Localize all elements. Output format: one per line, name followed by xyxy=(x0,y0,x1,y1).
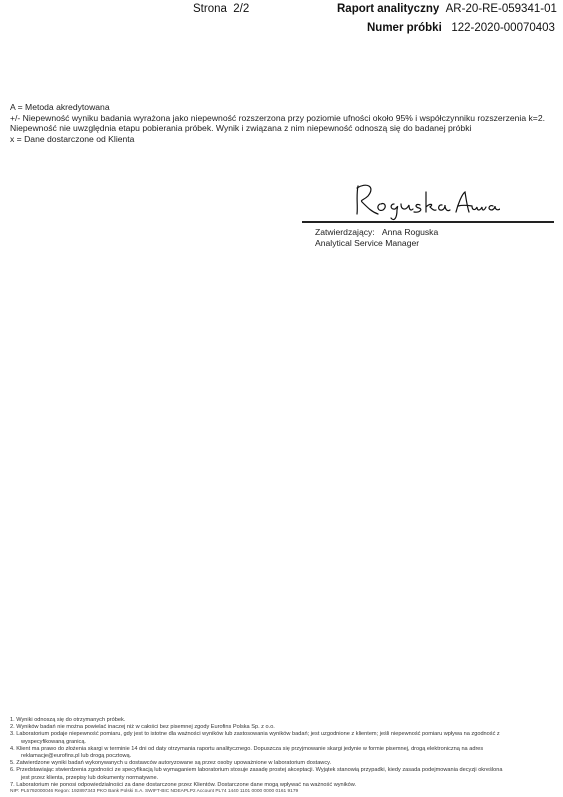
report-value: AR-20-RE-059341-01 xyxy=(446,3,557,15)
approver-name: Anna Roguska xyxy=(382,227,438,237)
note-item: 1. Wyniki odnoszą się do otrzymanych pró… xyxy=(10,717,502,724)
page-label: Strona xyxy=(193,3,227,15)
company-footer: NIP: PL5792000046 Regon: 192897343 PKO B… xyxy=(10,789,298,794)
note-item-continuation: jest przez klienta, przepisy lub dokumen… xyxy=(10,775,502,782)
sample-label: Numer próbki xyxy=(367,22,442,34)
handwritten-signature xyxy=(350,176,500,222)
legend-uncertainty-note: Niepewność nie uwzględnia etapu pobieran… xyxy=(10,123,545,134)
legend-uncertainty: +/- Niepewność wyniku badania wyrażona j… xyxy=(10,113,545,124)
notes-list: 1. Wyniki odnoszą się do otrzymanych pró… xyxy=(10,717,502,789)
approver-label: Zatwierdzający: xyxy=(315,227,375,237)
page-number: Strona 2/2 xyxy=(193,3,249,15)
note-item: 6. Przedstawiając stwierdzenia zgodności… xyxy=(10,767,502,774)
sample-value: 122-2020-00070403 xyxy=(451,22,555,34)
legend: A = Metoda akredytowana +/- Niepewność w… xyxy=(10,102,545,144)
note-item: 7. Laboratorium nie ponosi odpowiedzialn… xyxy=(10,782,502,789)
note-item: 3. Laboratorium podaje niepewność pomiar… xyxy=(10,731,502,738)
note-item: 4. Klient ma prawo do złożenia skargi w … xyxy=(10,746,502,753)
note-item-continuation: reklamacje@eurofins.pl lub drogą pocztow… xyxy=(10,753,502,760)
approver-title: Analytical Service Manager xyxy=(315,238,438,249)
report-number: Raport analityczny AR-20-RE-059341-01 xyxy=(337,3,557,15)
approval-block: Zatwierdzający: Anna Roguska Analytical … xyxy=(315,227,438,248)
note-item-continuation: wyspecyfikowaną granicą. xyxy=(10,739,502,746)
legend-accredited: A = Metoda akredytowana xyxy=(10,102,545,113)
note-item: 2. Wyników badań nie można powielać inac… xyxy=(10,724,502,731)
legend-client-data: x = Dane dostarczone od Klienta xyxy=(10,134,545,145)
note-item: 5. Zatwierdzone wyniki badań wykonywanyc… xyxy=(10,760,502,767)
signature-line xyxy=(302,221,554,223)
sample-number: Numer próbki 122-2020-00070403 xyxy=(367,22,555,34)
page-value: 2/2 xyxy=(233,3,249,15)
report-label: Raport analityczny xyxy=(337,3,439,15)
